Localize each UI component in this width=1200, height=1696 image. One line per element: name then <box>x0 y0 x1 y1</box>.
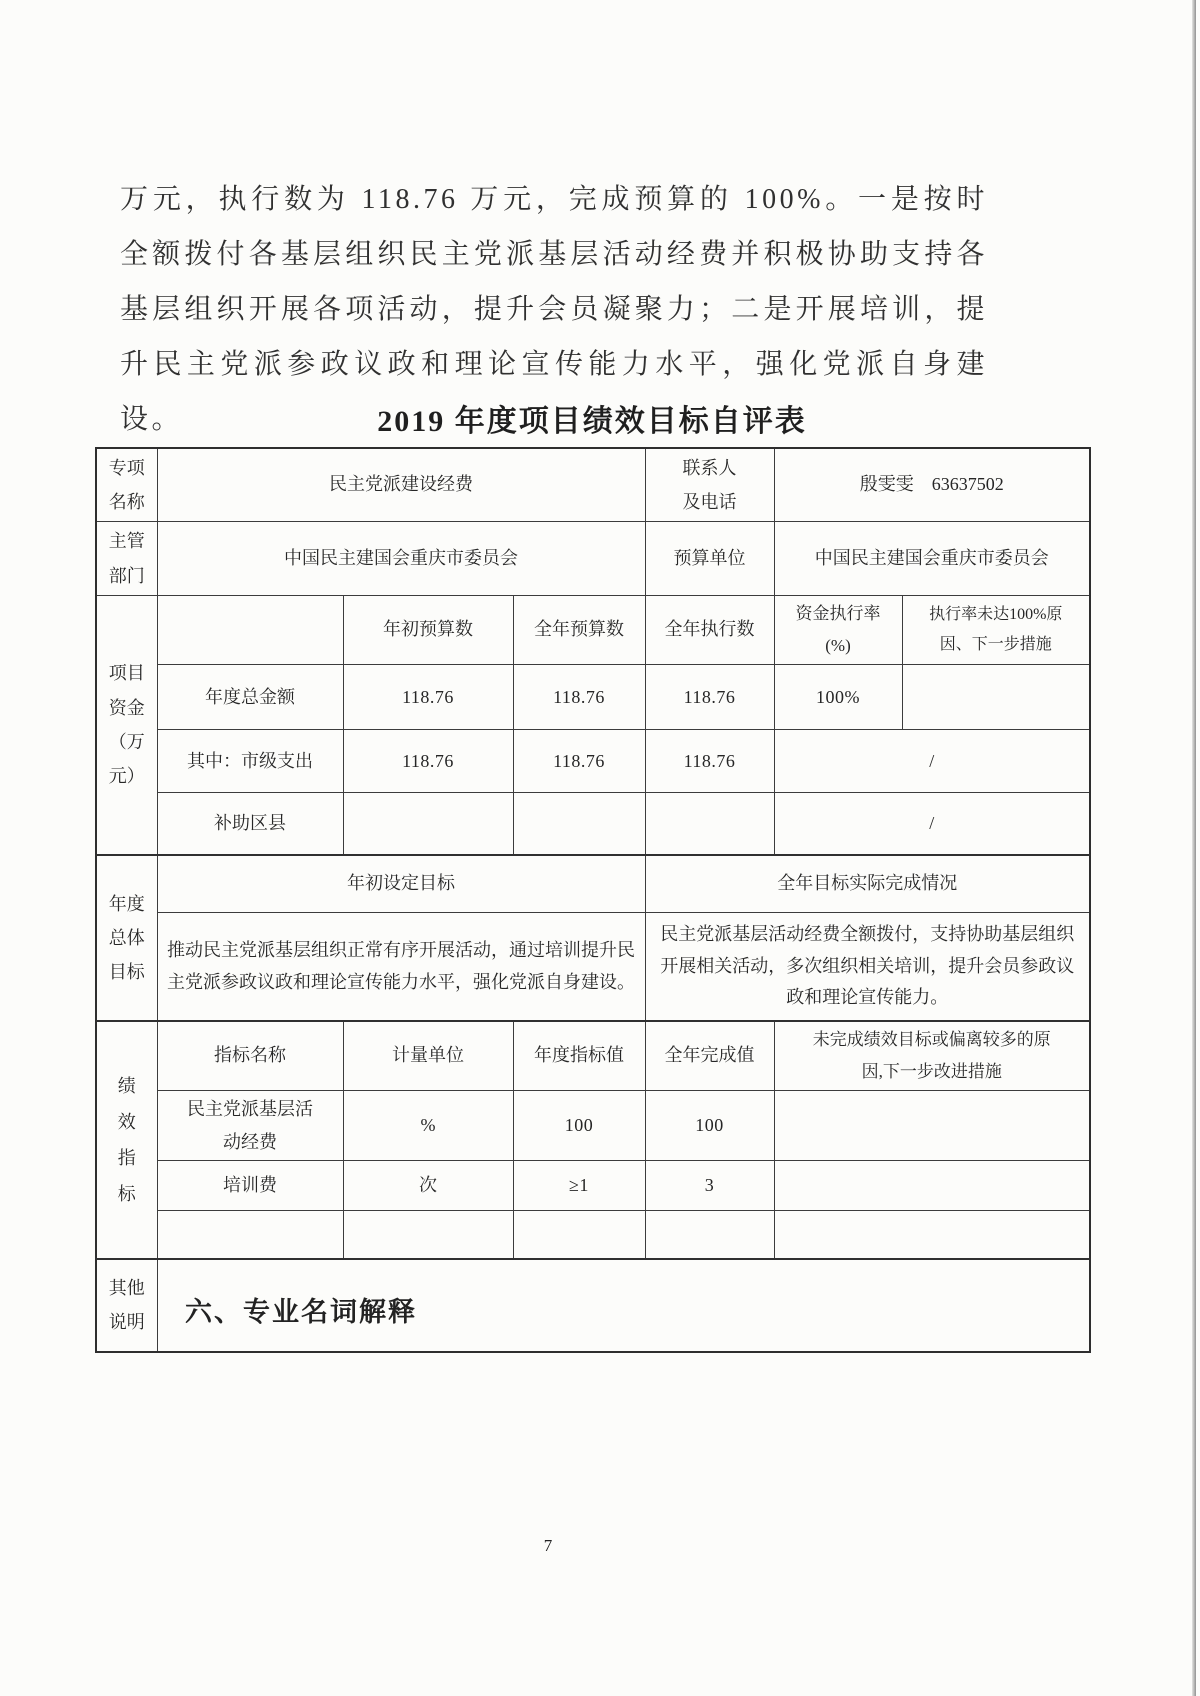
fund-row-label-cell: 补助区县 <box>157 793 343 855</box>
perf-unit-cell: 次 <box>343 1161 513 1211</box>
fund-row-label-cell: 年度总金额 <box>157 665 343 730</box>
funds-section-label: 项目资金（万元） <box>107 656 147 793</box>
perf-header-name: 指标名称 <box>157 1021 343 1091</box>
row-goal-text: 推动民主党派基层组织正常有序开展活动，通过培训提升民主党派参政议政和理论宣传能力… <box>96 913 1090 1021</box>
perf-header-unit: 计量单位 <box>343 1021 513 1091</box>
table-title: 2019 年度项目绩效目标自评表 <box>95 396 1089 440</box>
perf-header-reason: 未完成绩效目标或偏离较多的原因,下一步改进措施 <box>774 1021 1090 1091</box>
row-funds-header: 项目资金（万元） 年初预算数 全年预算数 全年执行数 资金执行率(%) 执行率未… <box>96 595 1090 665</box>
row-department: 主管部门 中国民主建国会重庆市委员会 预算单位 中国民主建国会重庆市委员会 <box>96 522 1090 595</box>
fund-executed-cell <box>645 793 774 855</box>
funds-header-annual-budget: 全年预算数 <box>513 595 645 665</box>
fund-executed-cell: 118.76 <box>645 730 774 793</box>
perf-header-completed: 全年完成值 <box>645 1021 774 1091</box>
row-goal-header: 年度总体目标 年初设定目标 全年目标实际完成情况 <box>96 855 1090 913</box>
row-perf-indicator: 培训费 次 ≥1 3 <box>96 1161 1090 1211</box>
scan-edge-artifact <box>1192 0 1196 1696</box>
perf-name-text: 民主党派基层活动经费 <box>180 1093 320 1158</box>
funds-header-exec-rate-text: 资金执行率(%) <box>795 598 881 663</box>
project-name-label: 专项名称 <box>107 451 147 519</box>
fund-annual-budget-cell: 118.76 <box>513 730 645 793</box>
perf-target-cell <box>513 1211 645 1259</box>
perf-name-cell: 民主党派基层活动经费 <box>157 1091 343 1161</box>
row-perf-indicator: 民主党派基层活动经费 % 100 100 <box>96 1091 1090 1161</box>
performance-section-label: 绩效指标 <box>117 1068 137 1212</box>
perf-name-cell: 培训费 <box>157 1161 343 1211</box>
perf-completed-cell <box>645 1211 774 1259</box>
fund-reason-cell <box>902 665 1090 730</box>
perf-name-cell <box>157 1211 343 1259</box>
perf-reason-cell <box>774 1161 1090 1211</box>
fund-slash-cell: / <box>774 730 1090 793</box>
annual-goal-section-label: 年度总体目标 <box>107 887 147 990</box>
actual-header-cell: 全年目标实际完成情况 <box>645 855 1090 913</box>
department-value-cell: 中国民主建国会重庆市委员会 <box>157 522 645 595</box>
fund-initial-budget-cell: 118.76 <box>343 730 513 793</box>
department-label: 主管部门 <box>107 524 147 592</box>
fund-row-label-cell: 其中：市级支出 <box>157 730 343 793</box>
funds-header-executed: 全年执行数 <box>645 595 774 665</box>
other-notes-label-cell: 其他说明 <box>96 1259 157 1352</box>
set-goal-text-cell: 推动民主党派基层组织正常有序开展活动，通过培训提升民主党派参政议政和理论宣传能力… <box>157 913 645 1021</box>
annual-goal-section-label-cell: 年度总体目标 <box>96 855 157 1021</box>
fund-exec-rate-cell: 100% <box>774 665 902 730</box>
contact-value-cell: 殷雯雯 63637502 <box>774 448 1090 522</box>
project-name-label-cell: 专项名称 <box>96 448 157 522</box>
actual-text-cell: 民主党派基层活动经费全额拨付，支持协助基层组织开展相关活动，多次组织相关培训，提… <box>645 913 1090 1021</box>
contact-label-cell: 联系人及电话 <box>645 448 774 522</box>
performance-section-label-cell: 绩效指标 <box>96 1021 157 1259</box>
page-number: 7 <box>0 1536 1096 1556</box>
other-notes-label: 其他说明 <box>107 1271 147 1339</box>
perf-completed-cell: 100 <box>645 1091 774 1161</box>
fund-initial-budget-cell <box>343 793 513 855</box>
set-goal-header-cell: 年初设定目标 <box>157 855 645 913</box>
funds-header-initial-budget: 年初预算数 <box>343 595 513 665</box>
document-page: 万元，执行数为 118.76 万元，完成预算的 100%。一是按时全额拨付各基层… <box>0 0 1200 1696</box>
funds-section-label-cell: 项目资金（万元） <box>96 595 157 855</box>
row-project-name: 专项名称 民主党派建设经费 联系人及电话 殷雯雯 63637502 <box>96 448 1090 522</box>
contact-label: 联系人及电话 <box>682 451 738 519</box>
row-fund-municipal: 其中：市级支出 118.76 118.76 118.76 / <box>96 730 1090 793</box>
perf-target-cell: ≥1 <box>513 1161 645 1211</box>
perf-reason-cell <box>774 1211 1090 1259</box>
perf-unit-cell: % <box>343 1091 513 1161</box>
section-heading: 六、专业名词解释 <box>185 1290 417 1329</box>
row-perf-header: 绩效指标 指标名称 计量单位 年度指标值 全年完成值 未完成绩效目标或偏离较多的… <box>96 1021 1090 1091</box>
fund-annual-budget-cell <box>513 793 645 855</box>
funds-header-reason-text: 执行率未达100%原因、下一步措施 <box>926 600 1066 661</box>
budget-unit-label-cell: 预算单位 <box>645 522 774 595</box>
row-fund-subsidy: 补助区县 / <box>96 793 1090 855</box>
fund-annual-budget-cell: 118.76 <box>513 665 645 730</box>
fund-initial-budget-cell: 118.76 <box>343 665 513 730</box>
row-perf-indicator-empty <box>96 1211 1090 1259</box>
self-evaluation-table: 专项名称 民主党派建设经费 联系人及电话 殷雯雯 63637502 主管部门 中… <box>95 447 1091 1353</box>
funds-corner-cell <box>157 595 343 665</box>
fund-executed-cell: 118.76 <box>645 665 774 730</box>
perf-header-target: 年度指标值 <box>513 1021 645 1091</box>
fund-slash-cell: / <box>774 793 1090 855</box>
funds-header-exec-rate: 资金执行率(%) <box>774 595 902 665</box>
funds-header-reason: 执行率未达100%原因、下一步措施 <box>902 595 1090 665</box>
perf-reason-cell <box>774 1091 1090 1161</box>
project-name-value-cell: 民主党派建设经费 <box>157 448 645 522</box>
budget-unit-value-cell: 中国民主建国会重庆市委员会 <box>774 522 1090 595</box>
perf-header-reason-text: 未完成绩效目标或偏离较多的原因,下一步改进措施 <box>809 1024 1054 1089</box>
perf-target-cell: 100 <box>513 1091 645 1161</box>
perf-unit-cell <box>343 1211 513 1259</box>
perf-completed-cell: 3 <box>645 1161 774 1211</box>
row-fund-total: 年度总金额 118.76 118.76 118.76 100% <box>96 665 1090 730</box>
department-label-cell: 主管部门 <box>96 522 157 595</box>
